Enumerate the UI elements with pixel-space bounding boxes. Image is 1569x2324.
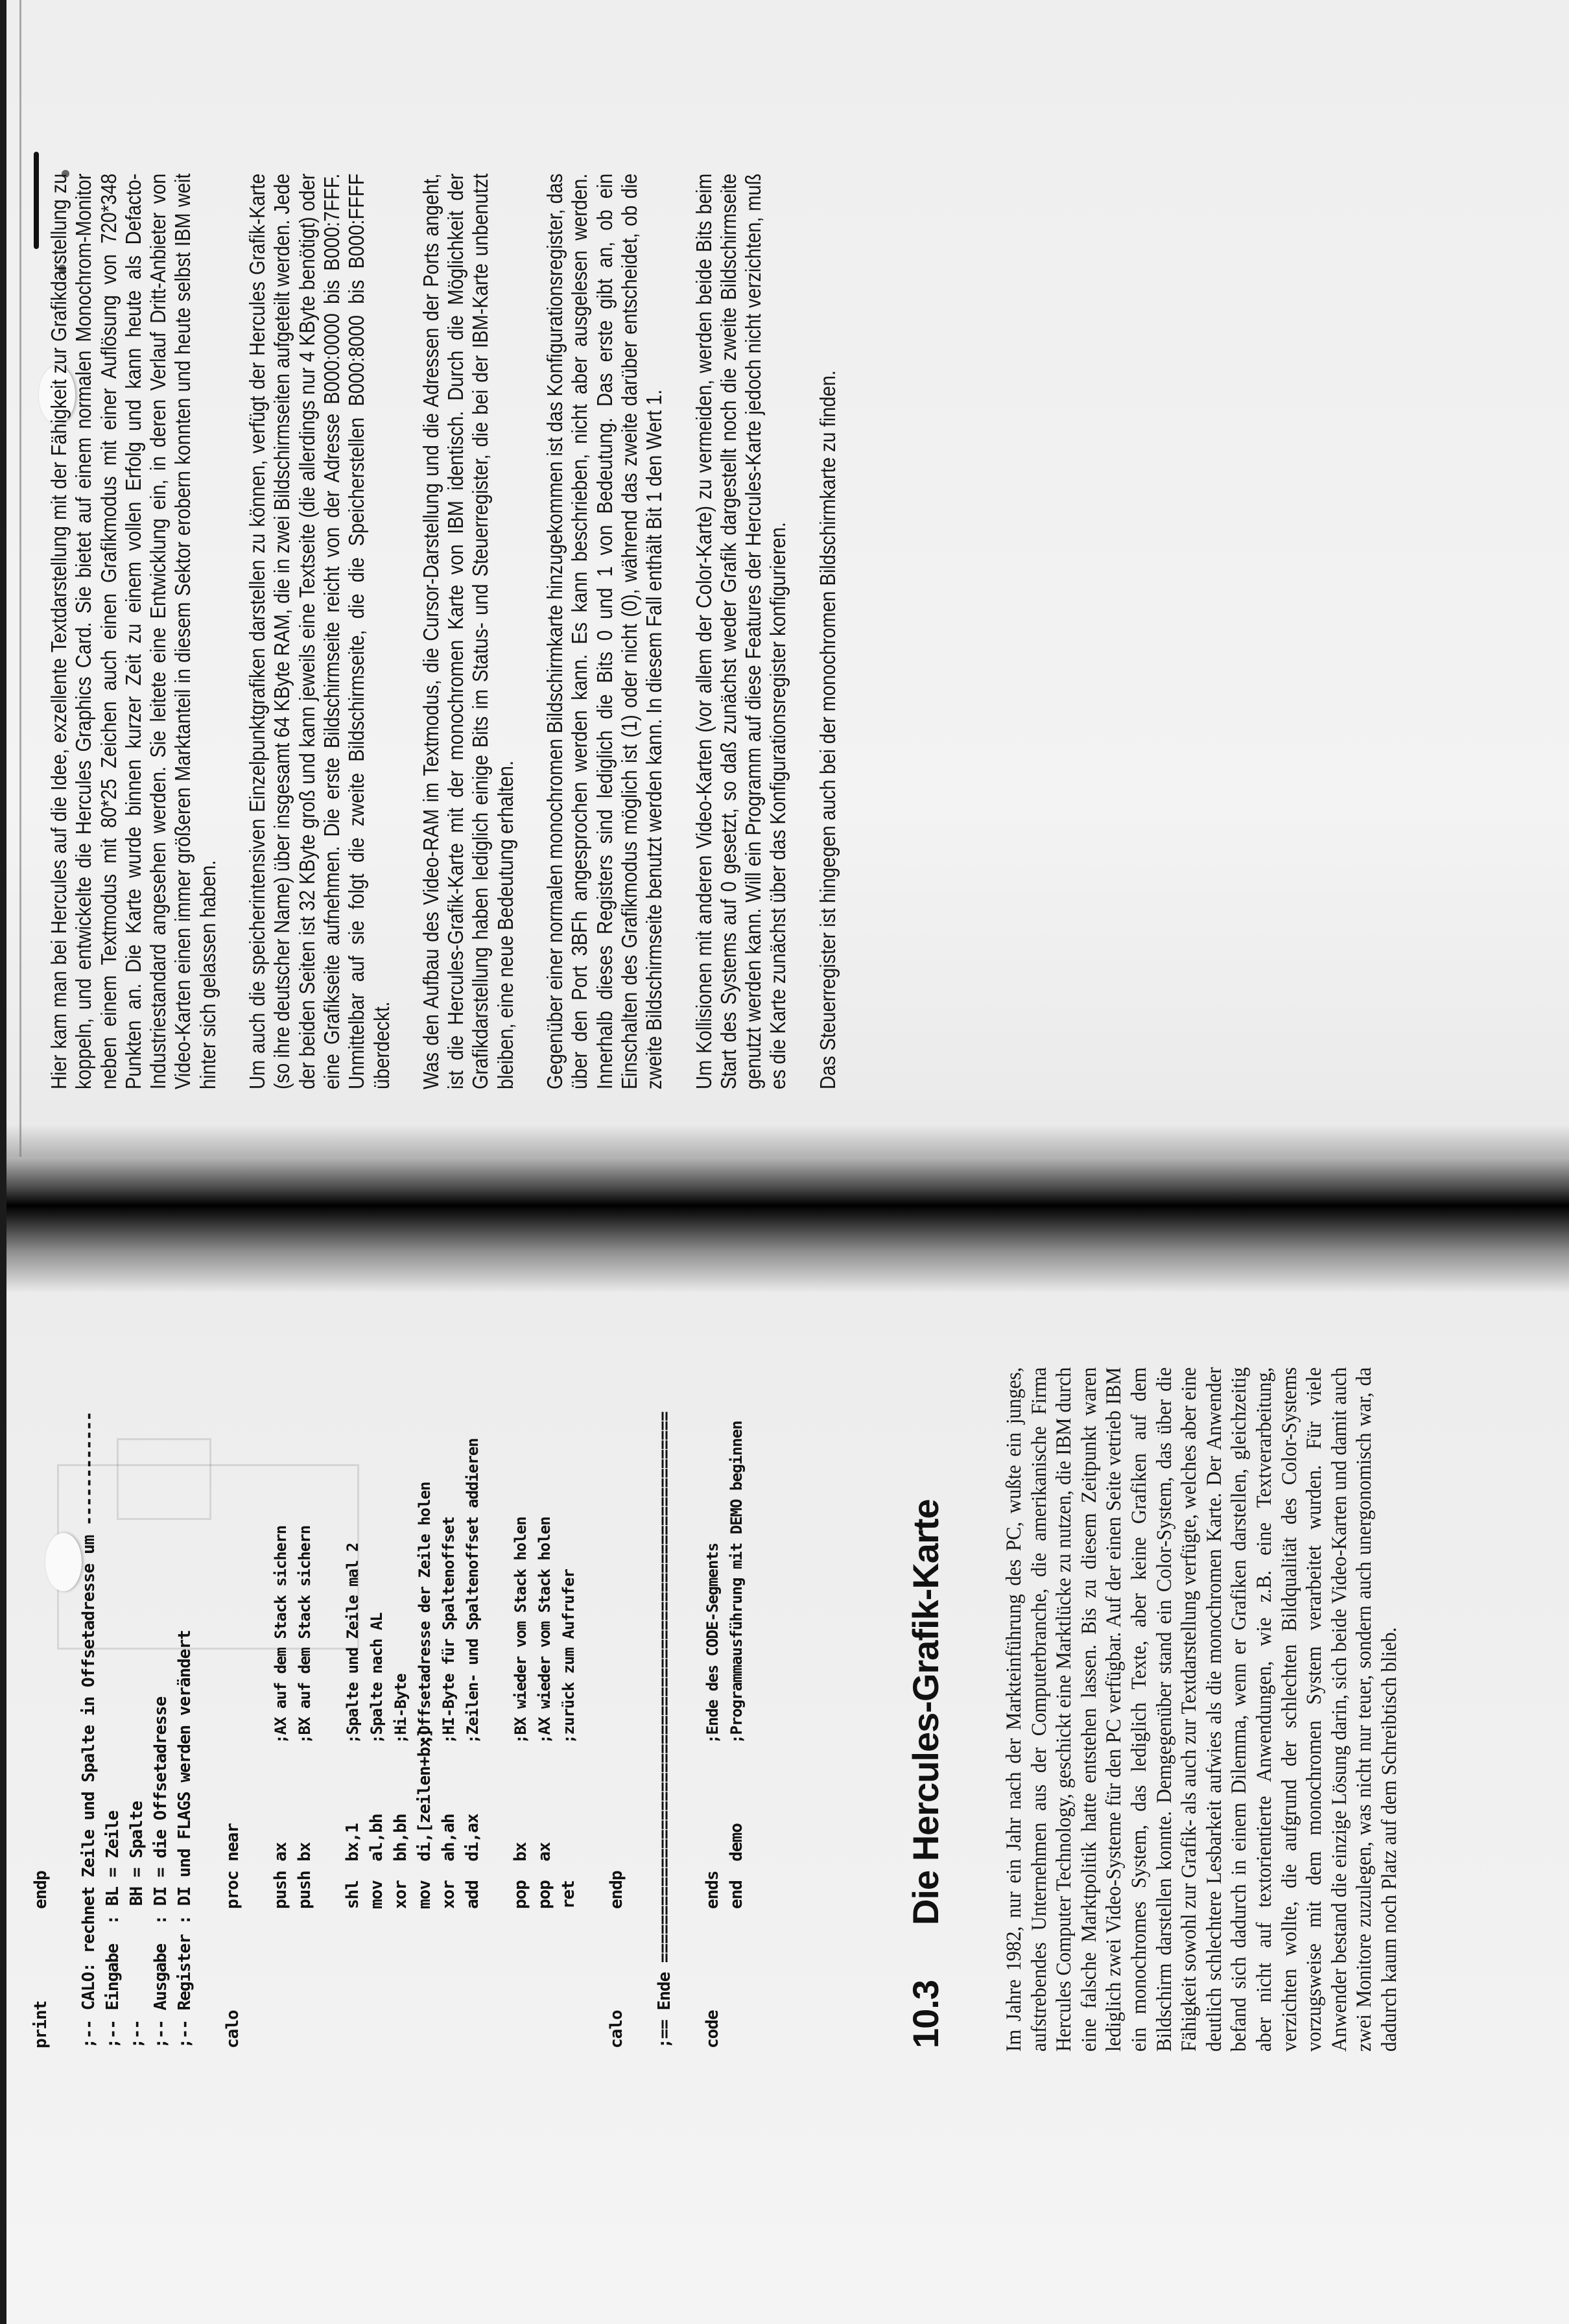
code-instruction: pop bx (509, 1842, 533, 1909)
code-comment: ;Zeilen- und Spaltenoffset addieren (461, 1438, 485, 1744)
code-instruction: add di,ax (461, 1814, 485, 1909)
paragraph: Gegenüber einer normalen monochromen Bil… (543, 174, 667, 1089)
code-label: calo (221, 2010, 245, 2048)
body-text: Hier kam man bei Hercules auf die Idee, … (47, 174, 865, 1089)
code-instruction: push bx (293, 1842, 317, 1909)
code-instruction: push ax (269, 1842, 293, 1909)
code-instruction: xor bh,bh (389, 1814, 413, 1909)
code-comment: ;zurück zum Aufrufer (557, 1569, 581, 1744)
paragraph: Im Jahre 1982, nur ein Jahr nach der Mar… (1002, 1367, 1402, 2052)
paragraph: Um Kollisionen mit anderen Video-Karten … (692, 174, 791, 1089)
section-body: Im Jahre 1982, nur ein Jahr nach der Mar… (1002, 1367, 1427, 2052)
right-page: Hier kam man bei Hercules auf die Idee, … (0, 0, 1569, 1157)
code-instruction: ret (557, 1880, 581, 1909)
code-instruction: pop ax (533, 1842, 557, 1909)
code-instruction: mov di,[zeilen+bx] (413, 1729, 437, 1909)
section-title: Die Hercules-Grafik-Karte (905, 1499, 946, 1925)
scan-edge (0, 0, 6, 2324)
code-comment: ;BX auf dem Stack sichern (293, 1526, 317, 1744)
code-comment: ;Offsetadresse der Zeile holen (413, 1482, 437, 1744)
code-instruction: end demo (725, 1823, 749, 1909)
code-label: calo (605, 2010, 629, 2048)
code-comment: ;-- BH = Spalte (125, 1801, 149, 2048)
paragraph: Was den Aufbau des Video-RAM im Textmodu… (419, 174, 518, 1089)
scan-edge-line (19, 0, 21, 1157)
section-number: 10.3 (904, 1925, 947, 2048)
code-instruction: endp (605, 1871, 629, 1909)
code-comment: ;-- CALO: rechnet Zeile und Spalte in Of… (77, 1412, 101, 2048)
code-comment: ;AX auf dem Stack sichern (269, 1526, 293, 1744)
code-label: code (701, 2010, 725, 2048)
paragraph: Um auch die speicherintensiven Einzelpun… (245, 174, 394, 1089)
code-instruction: xor ah,ah (437, 1814, 461, 1909)
code-instruction: proc near (221, 1823, 245, 1909)
book-spine-shadow (0, 1124, 1569, 1293)
left-page: printendp;-- CALO: rechnet Zeile und Spa… (0, 1261, 1569, 2324)
code-instruction: shl bx,1 (341, 1823, 365, 1909)
scan-artifact (45, 1533, 82, 1591)
code-comment: ;BX wieder vom Stack holen (509, 1517, 533, 1744)
code-instruction: mov al,bh (365, 1814, 389, 1909)
code-comment: ;-- Register : DI und FLAGS werden verän… (173, 1630, 197, 2048)
book-spread: printendp;-- CALO: rechnet Zeile und Spa… (0, 0, 1569, 2324)
code-comment: ;Spalte und Zeile mal 2 (341, 1543, 365, 1744)
bleed-through-frame (117, 1438, 211, 1520)
paragraph: Das Steuerregister ist hingegen auch bei… (816, 174, 840, 1089)
code-comment: ;-- Ausgabe : DI = die Offsetadresse (149, 1697, 173, 2048)
code-comment: ;Hi-Byte (389, 1674, 413, 1744)
binding-mark (34, 152, 39, 249)
code-instruction: endp (29, 1871, 53, 1909)
code-label: print (29, 2001, 53, 2048)
code-comment: ;Ende des CODE-Segments (701, 1543, 725, 1744)
code-instruction: ends (701, 1871, 725, 1909)
code-comment: ;-- Eingabe : BL = Zeile (101, 1811, 125, 2048)
code-comment: ;AX wieder vom Stack holen (533, 1517, 557, 1744)
code-comment: ;Spalte nach AL (365, 1613, 389, 1744)
code-comment: ;HI-Byte für Spaltenoffset (437, 1517, 461, 1744)
paragraph: Hier kam man bei Hercules auf die Idee, … (47, 174, 220, 1089)
section-heading: 10.3Die Hercules-Grafik-Karte (904, 1499, 947, 2048)
code-comment: ;== Ende ===============================… (653, 1412, 677, 2048)
code-comment: ;Programmausführung mit DEMO beginnen (725, 1421, 749, 1744)
